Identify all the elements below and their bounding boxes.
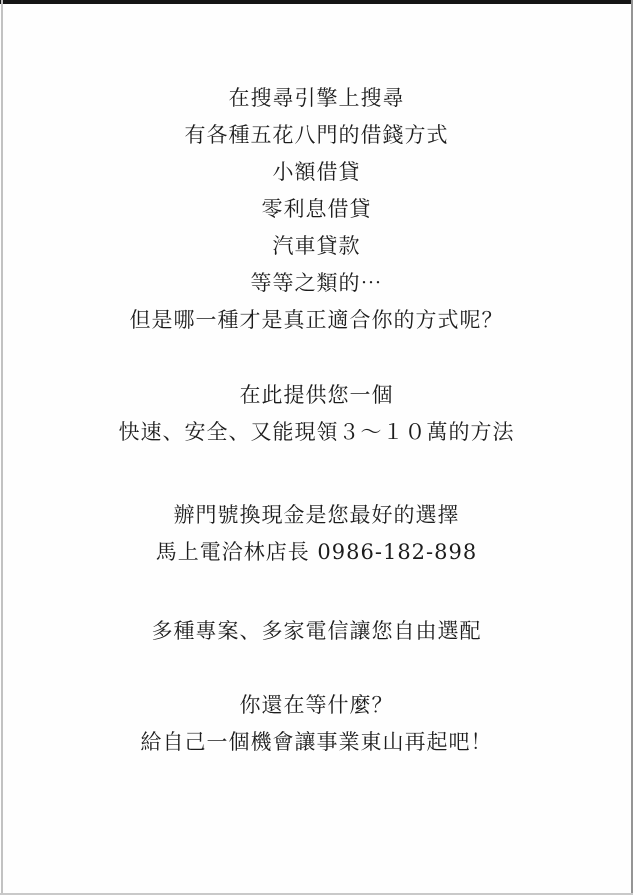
intro-line: 有各種五花八門的借錢方式 (0, 117, 633, 154)
intro-line: 小額借貸 (0, 154, 633, 191)
contact-section: 辦門號換現金是您最好的選擇 馬上電洽林店長 0986-182-898 (0, 497, 633, 571)
intro-line: 汽車貸款 (0, 228, 633, 265)
flyer-page: 在搜尋引擎上搜尋 有各種五花八門的借錢方式 小額借貸 零利息借貸 汽車貸款 等等… (0, 0, 633, 895)
closing-question-line: 你還在等什麼？ (0, 687, 633, 724)
offer-section: 在此提供您一個 快速、安全、又能現領３～１０萬的方法 (0, 377, 633, 451)
plans-section: 多種專案、多家電信讓您自由選配 (0, 613, 633, 650)
intro-section: 在搜尋引擎上搜尋 有各種五花八門的借錢方式 小額借貸 零利息借貸 汽車貸款 等等… (0, 80, 633, 339)
offer-line: 在此提供您一個 (0, 377, 633, 414)
closing-cta-line: 給自己一個機會讓事業東山再起吧！ (0, 724, 633, 761)
intro-line: 零利息借貸 (0, 191, 633, 228)
intro-line: 在搜尋引擎上搜尋 (0, 80, 633, 117)
contact-pitch-line: 辦門號換現金是您最好的選擇 (0, 497, 633, 534)
intro-question-line: 但是哪一種才是真正適合你的方式呢？ (0, 302, 633, 339)
flyer-content: 在搜尋引擎上搜尋 有各種五花八門的借錢方式 小額借貸 零利息借貸 汽車貸款 等等… (0, 0, 633, 761)
closing-section: 你還在等什麼？ 給自己一個機會讓事業東山再起吧！ (0, 687, 633, 761)
contact-phone-line: 馬上電洽林店長 0986-182-898 (0, 534, 633, 571)
intro-line: 等等之類的⋯ (0, 265, 633, 302)
offer-amount-line: 快速、安全、又能現領３～１０萬的方法 (0, 414, 633, 451)
plans-line: 多種專案、多家電信讓您自由選配 (0, 613, 633, 650)
